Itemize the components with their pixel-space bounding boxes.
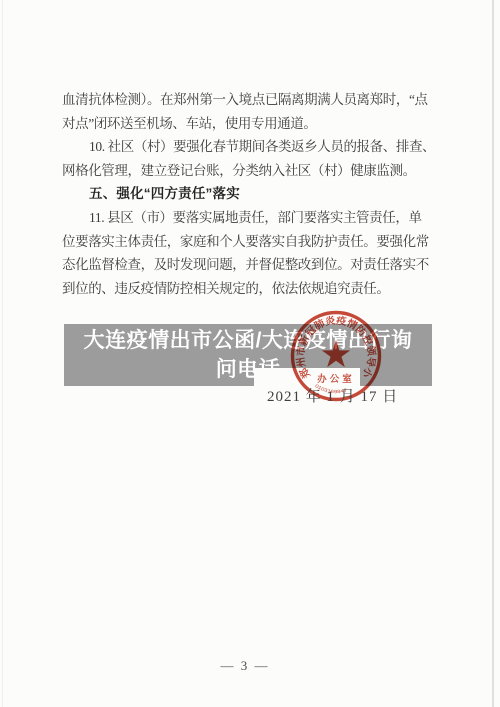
page-edge-line-right [492, 0, 494, 707]
scanned-document-page: 血清抗体检测）。在郑州第一入境点已隔离期满人员离郑时，“点 对点”闭环送至机场、… [0, 0, 500, 707]
body-line: 态化监督检查，及时发现问题，并督促整改到位。对责任落实不 [62, 253, 440, 277]
section-heading: 五、强化“四方责任”落实 [62, 182, 440, 206]
body-line: 网格化管理，建立登记台账，分类纳入社区（村）健康监测。 [62, 159, 440, 183]
page-number: — 3 — [0, 658, 490, 674]
body-line: 10. 社区（村）要强化春节期间各类返乡人员的报备、排查、 [62, 135, 440, 159]
body-line: 位要落实主体责任，家庭和个人要落实自我防护责任。要强化常 [62, 230, 440, 254]
body-line: 到位的、违反疫情防控相关规定的，依法依规追究责任。 [62, 277, 440, 301]
body-line: 对点”闭环送至机场、车站，使用专用通道。 [62, 112, 440, 136]
page-edge-line-left [2, 0, 3, 707]
document-body: 血清抗体检测）。在郑州第一入境点已隔离期满人员离郑时，“点 对点”闭环送至机场、… [62, 88, 440, 300]
seal-arc-text-wrap: 郑州市新冠肺炎疫情防控领导小组 [276, 298, 379, 381]
body-line: 11. 县区（市）要落实属地责任，部门要落实主管责任，单 [62, 206, 440, 230]
seal-arc-text: 郑州市新冠肺炎疫情防控领导小组 [276, 298, 379, 381]
seal-star [322, 340, 351, 367]
seal-office-text: 办公室 [317, 373, 355, 385]
issue-date: 2021 年 1 月 17 日 [267, 385, 398, 406]
body-line: 血清抗体检测）。在郑州第一入境点已隔离期满人员离郑时，“点 [62, 88, 440, 112]
